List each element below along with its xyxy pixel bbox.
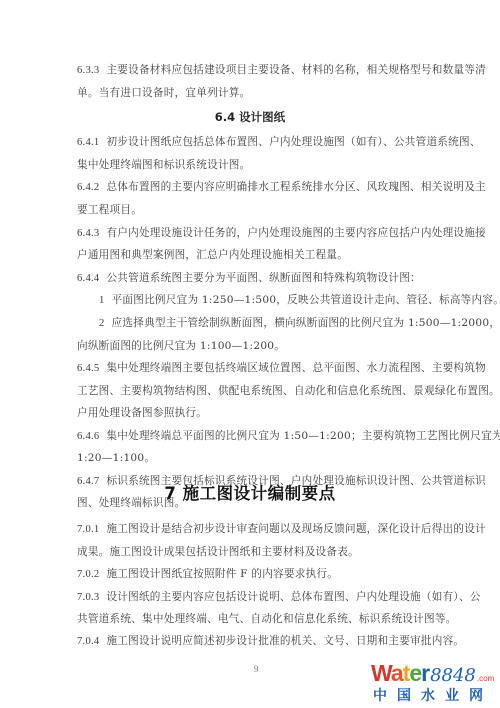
clause-6-4-2-line-2: 要工程项目。 <box>77 203 433 217</box>
item-text: 应选择典型主干管绘制纵断面图，横向纵断面图的比例尺宜为 1:500—1:2000… <box>112 317 500 329</box>
clause-number: 6.4.5 <box>77 363 99 374</box>
clause-6-4-5-line-2: 工艺图、主要构筑物结构图、供配电系统图、自动化和信息化系统图、景观绿化布置图。 <box>77 384 433 398</box>
clause-text: 1:20—1:100。 <box>77 452 155 464</box>
clause-7-0-1-line-2: 成果。施工图设计成果包括设计图纸和主要材料及设备表。 <box>77 545 433 559</box>
watermark-letter: r <box>421 660 429 686</box>
page-number: 9 <box>254 664 259 674</box>
clause-text: 设计图纸的主要内容应包括设计说明、总体布置图、户内处理设施（如有）、公 <box>106 591 480 603</box>
clause-7-0-4: 7.0.4施工图设计说明应简述初步设计批准的机关、文号、日期和主要审批内容。 <box>77 634 433 649</box>
clause-number: 6.4.3 <box>77 228 99 239</box>
watermark-brand: Water8848.com <box>371 662 494 690</box>
clause-text: 主要设备材料应包括建设项目主要设备、材料的名称，相关规格型号和数量等清 <box>106 64 486 76</box>
clause-text: 户通用图和典型案例图，汇总户内处理设施相关工程量。 <box>77 249 348 261</box>
clause-text: 集中处理终端图主要包括终端区域位置图、总平面图、水力流程图、主要构筑物 <box>106 362 486 374</box>
clause-6-4-4-line-1: 6.4.4公共管道系统图主要分为平面图、纵断面图和特殊构筑物设计图： <box>77 271 433 286</box>
clause-6-4-6-line-1: 6.4.6集中处理终端总平面图的比例尺宜为 1:50—1:200；主要构筑物工艺… <box>77 429 433 444</box>
clause-number: 6.4.2 <box>77 182 99 193</box>
watermark-logo: Water8848.com 中国水业网 <box>371 662 499 706</box>
clause-number: 6.3.3 <box>77 65 99 76</box>
clause-text: 施工图设计是结合初步设计审查问题以及现场反馈问题，深化设计后得出的设计 <box>106 523 486 535</box>
watermark-number: 8848 <box>430 665 476 686</box>
chapter-heading-7: 7 施工图设计编制要点 <box>0 483 500 505</box>
clause-6-4-4-item-2: 2应选择典型主干管绘制纵断面图，横向纵断面图的比例尺宜为 1:500—1:200… <box>99 316 455 331</box>
clause-text: 总体布置图的主要内容应明确排水工程系统排水分区、风玫瑰图、相关说明及主 <box>106 181 486 193</box>
watermark-letter: e <box>409 660 421 686</box>
clause-number: 6.4.6 <box>77 431 99 442</box>
clause-7-0-3-line-1: 7.0.3设计图纸的主要内容应包括设计说明、总体布置图、户内处理设施（如有）、公 <box>77 590 433 605</box>
clause-6-4-4-item-2-cont: 向纵断面图的比例尺宜为 1:100—1:200。 <box>77 339 433 353</box>
clause-number: 7.0.3 <box>77 592 99 603</box>
clause-number: 6.4.1 <box>77 137 99 148</box>
clause-6-4-3-line-2: 户通用图和典型案例图，汇总户内处理设施相关工程量。 <box>77 248 433 262</box>
clause-6-4-4-item-1: 1平面图比例尺宜为 1:250—1:500，反映公共管道设计走向、管径、标高等内… <box>99 293 455 308</box>
clause-6-3-3-line-2: 单。当有进口设备时，宜单列计算。 <box>77 86 433 100</box>
item-number: 2 <box>99 318 105 329</box>
clause-number: 7.0.1 <box>77 524 99 535</box>
clause-text: 有户内处理设施设计任务的，户内处理设施图的主要内容应包括户内处理设施接 <box>106 227 486 239</box>
item-text: 平面图比例尺宜为 1:250—1:500，反映公共管道设计走向、管径、标高等内容… <box>112 294 500 306</box>
clause-text: 施工图设计图纸宜按照附件 F 的内容要求执行。 <box>106 568 338 580</box>
clause-text: 公共管道系统图主要分为平面图、纵断面图和特殊构筑物设计图： <box>106 272 420 284</box>
clause-6-4-5-line-1: 6.4.5集中处理终端图主要包括终端区域位置图、总平面图、水力流程图、主要构筑物 <box>77 361 433 376</box>
watermark-letter: W <box>371 660 391 686</box>
clause-6-4-1-line-1: 6.4.1初步设计图纸应包括总体布置图、户内处理设施图（如有）、公共管道系统图、 <box>77 135 433 150</box>
clause-text: 集中处理终端总平面图的比例尺宜为 1:50—1:200；主要构筑物工艺图比例尺宜… <box>106 430 500 442</box>
clause-text: 要工程项目。 <box>77 204 142 216</box>
clause-text: 共管道系统、集中处理终端、电气、自动化和信息化系统、标识系统设计图等。 <box>77 613 457 625</box>
section-heading-6-4: 6.4 设计图纸 <box>0 109 500 125</box>
clause-6-4-6-line-2: 1:20—1:100。 <box>77 451 433 465</box>
clause-6-4-1-line-2: 集中处理终端图和标识系统设计图。 <box>77 158 433 172</box>
item-number: 1 <box>99 295 105 306</box>
watermark-word: Water <box>371 660 429 686</box>
watermark-letter: a <box>391 660 403 686</box>
clause-6-3-3-line-1: 6.3.3主要设备材料应包括建设项目主要设备、材料的名称，相关规格型号和数量等清 <box>77 63 433 78</box>
clause-7-0-3-line-2: 共管道系统、集中处理终端、电气、自动化和信息化系统、标识系统设计图等。 <box>77 612 433 626</box>
clause-text: 集中处理终端图和标识系统设计图。 <box>77 159 251 171</box>
clause-text: 单。当有进口设备时，宜单列计算。 <box>77 87 251 99</box>
clause-number: 7.0.4 <box>77 636 99 647</box>
clause-text: 户用处理设备图参照执行。 <box>77 407 207 419</box>
clause-6-4-3-line-1: 6.4.3有户内处理设施设计任务的，户内处理设施图的主要内容应包括户内处理设施接 <box>77 226 433 241</box>
clause-text: 初步设计图纸应包括总体布置图、户内处理设施图（如有）、公共管道系统图、 <box>106 136 480 148</box>
watermark-site-name: 中国水业网 <box>373 688 493 704</box>
watermark-domain-suffix: .com <box>477 674 494 683</box>
clause-number: 6.4.4 <box>77 273 99 284</box>
clause-6-4-2-line-1: 6.4.2总体布置图的主要内容应明确排水工程系统排水分区、风玫瑰图、相关说明及主 <box>77 180 433 195</box>
clause-7-0-2: 7.0.2施工图设计图纸宜按照附件 F 的内容要求执行。 <box>77 567 433 582</box>
clause-6-4-5-line-3: 户用处理设备图参照执行。 <box>77 406 433 420</box>
item-text: 向纵断面图的比例尺宜为 1:100—1:200。 <box>77 340 285 352</box>
clause-text: 成果。施工图设计成果包括设计图纸和主要材料及设备表。 <box>77 546 359 558</box>
clause-text: 工艺图、主要构筑物结构图、供配电系统图、自动化和信息化系统图、景观绿化布置图。 <box>77 385 500 397</box>
clause-number: 7.0.2 <box>77 569 99 580</box>
clause-7-0-1-line-1: 7.0.1施工图设计是结合初步设计审查问题以及现场反馈问题，深化设计后得出的设计 <box>77 522 433 537</box>
clause-text: 施工图设计说明应简述初步设计批准的机关、文号、日期和主要审批内容。 <box>106 635 464 647</box>
